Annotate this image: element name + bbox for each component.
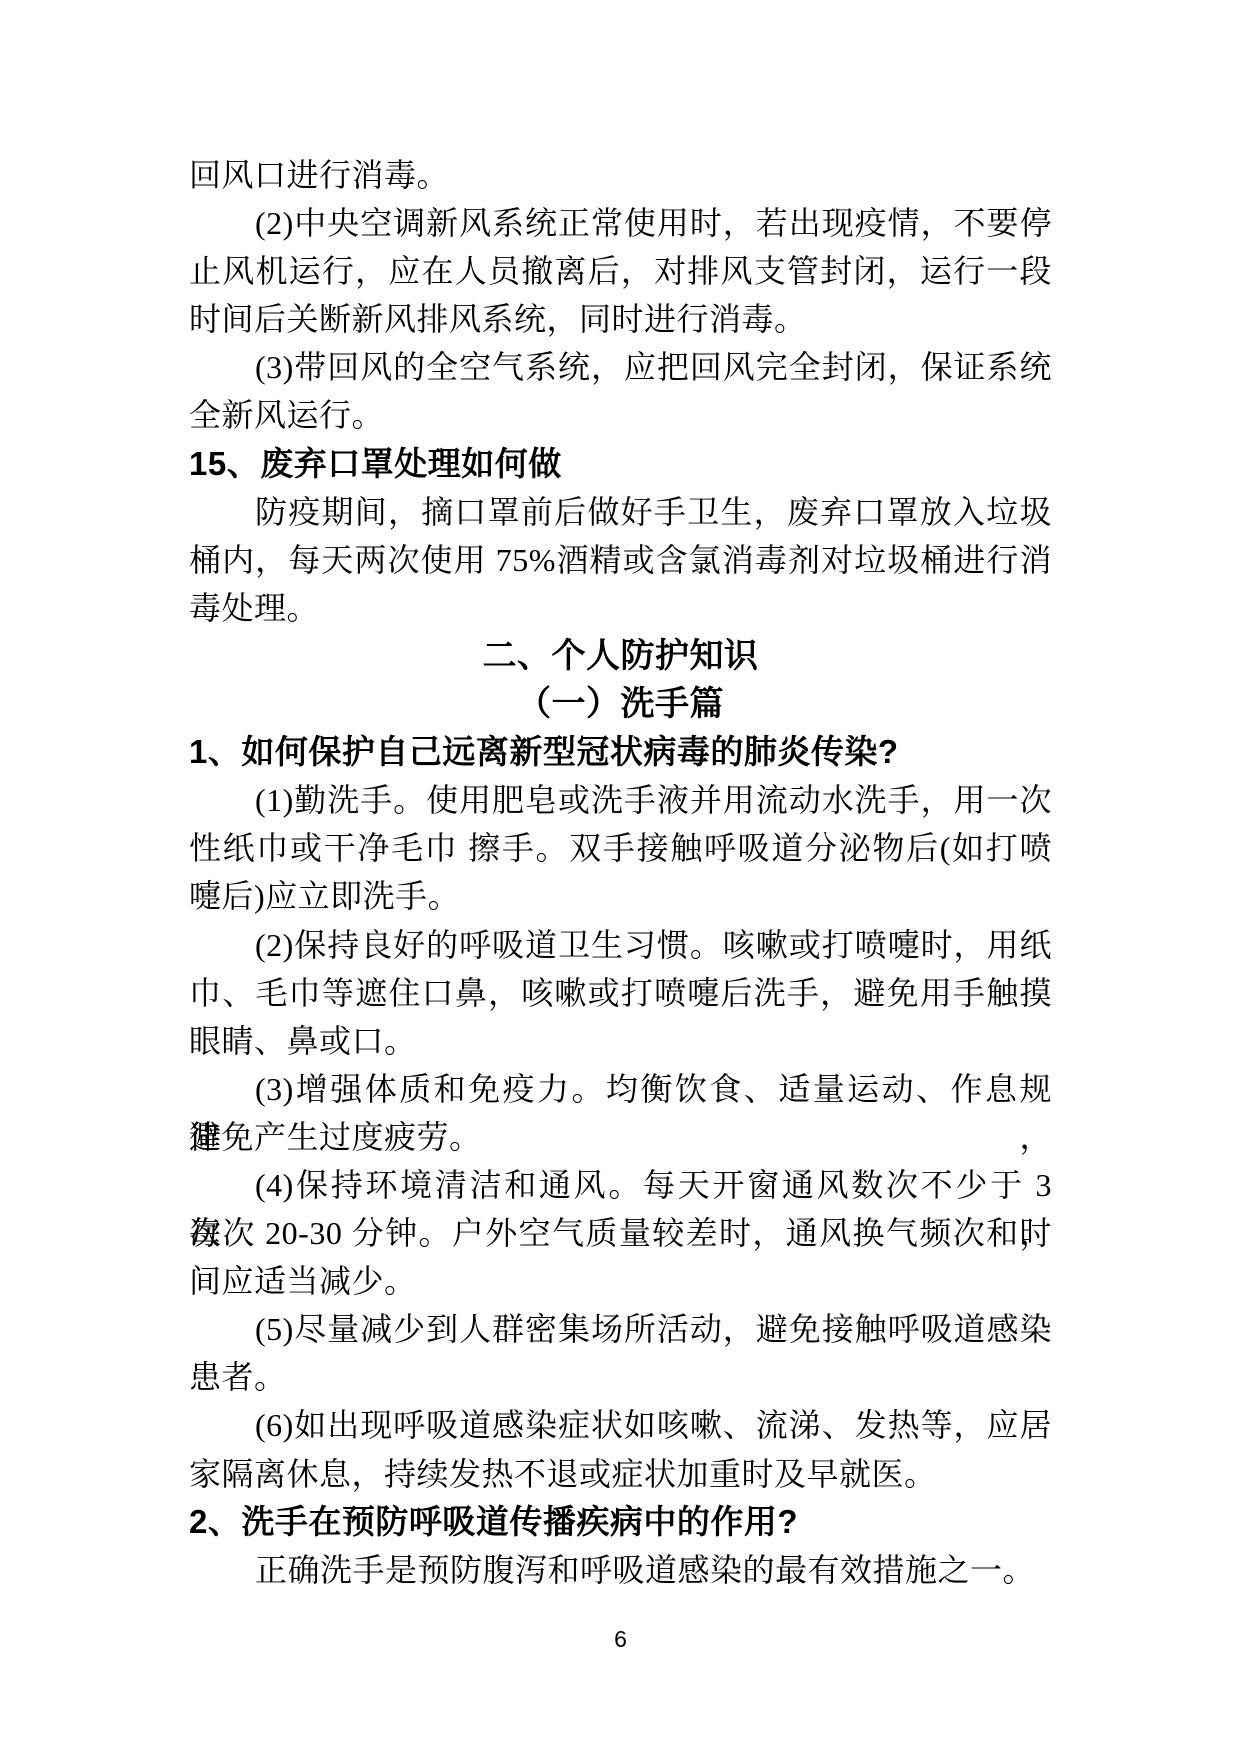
text-line: 时间后关断新风排风系统，同时进行消毒。 bbox=[189, 295, 1052, 343]
text-line: 家隔离休息，持续发热不退或症状加重时及早就医。 bbox=[189, 1450, 1052, 1498]
text-line: 毒处理。 bbox=[189, 584, 1052, 632]
text-line: 性纸巾或干净毛巾 擦手。双手接触呼吸道分泌物后(如打喷 bbox=[189, 824, 1052, 872]
text-line: 嚏后)应立即洗手。 bbox=[189, 872, 1052, 920]
text-line: (2)保持良好的呼吸道卫生习惯。咳嗽或打喷嚏时，用纸 bbox=[189, 921, 1052, 969]
text-line: 患者。 bbox=[189, 1353, 1052, 1401]
text-line: 巾、毛巾等遮住口鼻，咳嗽或打喷嚏后洗手，避免用手触摸 bbox=[189, 969, 1052, 1017]
text-line: 正确洗手是预防腹泻和呼吸道感染的最有效措施之一。 bbox=[189, 1546, 1052, 1594]
question-heading-15: 15、废弃口罩处理如何做 bbox=[189, 440, 1052, 488]
text-line: (3)增强体质和免疫力。均衡饮食、适量运动、作息规律， bbox=[189, 1065, 1052, 1113]
text-line: (2)中央空调新风系统正常使用时，若出现疫情，不要停 bbox=[189, 199, 1052, 247]
text-line: 桶内，每天两次使用 75%酒精或含氯消毒剂对垃圾桶进行消 bbox=[189, 536, 1052, 584]
text-line: 全新风运行。 bbox=[189, 391, 1052, 439]
text-line: (4)保持环境清洁和通风。每天开窗通风数次不少于 3 次， bbox=[189, 1161, 1052, 1209]
section-heading-hand-washing: （一）洗手篇 bbox=[189, 680, 1052, 728]
text-line: 眼睛、鼻或口。 bbox=[189, 1017, 1052, 1065]
text-line: (6)如出现呼吸道感染症状如咳嗽、流涕、发热等，应居 bbox=[189, 1401, 1052, 1449]
text-line: 回风口进行消毒。 bbox=[189, 151, 1052, 199]
document-body: 回风口进行消毒。(2)中央空调新风系统正常使用时，若出现疫情，不要停止风机运行，… bbox=[189, 151, 1052, 1594]
text-line: 每次 20-30 分钟。户外空气质量较差时，通风换气频次和时 bbox=[189, 1209, 1052, 1257]
text-line: 间应适当减少。 bbox=[189, 1257, 1052, 1305]
text-line: (3)带回风的全空气系统，应把回风完全封闭，保证系统 bbox=[189, 343, 1052, 391]
text-line: 止风机运行，应在人员撤离后，对排风支管封闭，运行一段 bbox=[189, 247, 1052, 295]
text-line: (5)尽量减少到人群密集场所活动，避免接触呼吸道感染 bbox=[189, 1305, 1052, 1353]
question-heading-1: 1、如何保护自己远离新型冠状病毒的肺炎传染? bbox=[189, 728, 1052, 776]
text-line: (1)勤洗手。使用肥皂或洗手液并用流动水洗手，用一次 bbox=[189, 776, 1052, 824]
section-heading-personal-protection: 二、个人防护知识 bbox=[189, 632, 1052, 680]
page-number: 6 bbox=[0, 1624, 1241, 1654]
document-page: 回风口进行消毒。(2)中央空调新风系统正常使用时，若出现疫情，不要停止风机运行，… bbox=[0, 0, 1241, 1755]
question-heading-2: 2、洗手在预防呼吸道传播疾病中的作用? bbox=[189, 1498, 1052, 1546]
text-line: 防疫期间，摘口罩前后做好手卫生，废弃口罩放入垃圾 bbox=[189, 488, 1052, 536]
